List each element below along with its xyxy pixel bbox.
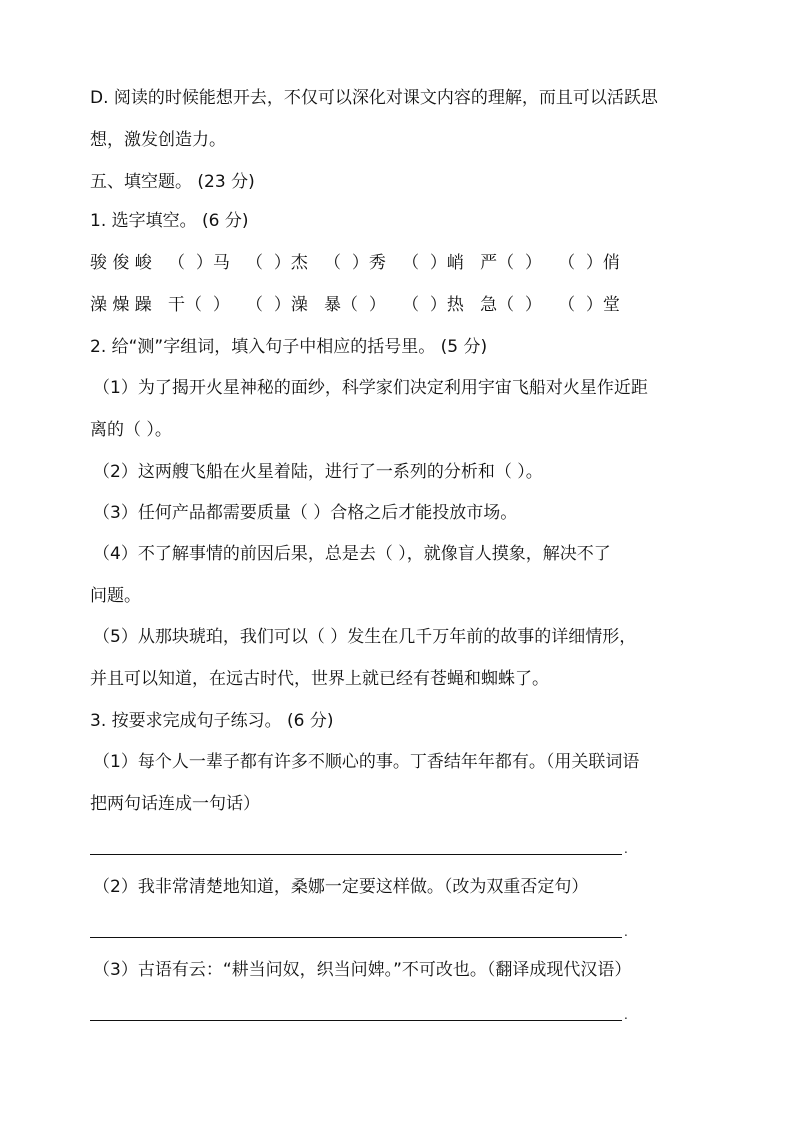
q2-title: 2. 给“测”字组词，填入句子中相应的括号里。 (5 分) — [90, 336, 487, 358]
q1-choice-row-1: 骏 俊 峻 （ ）马 （ ）杰 （ ）秀 （ ）峭 严（ ） （ ）俏 — [90, 252, 620, 274]
q2-item-4-line-1: （4）不了解事情的前因后果，总是去（ ），就像盲人摸象，解决不了 — [93, 543, 611, 565]
section-5-title: 五、填空题。 (23 分) — [90, 171, 255, 193]
q3-item-1-line-2: 把两句话连成一句话） — [90, 793, 260, 815]
q2-item-3: （3）任何产品都需要质量（ ）合格之后才能投放市场。 — [93, 502, 517, 524]
q3-item-3-answer-dot: . — [624, 1009, 628, 1021]
q2-item-4-line-2: 问题。 — [90, 585, 141, 607]
q3-item-3-answer-line[interactable] — [90, 1020, 622, 1021]
q3-item-1-answer-dot: . — [624, 843, 628, 855]
q3-item-2-answer-line[interactable] — [90, 937, 622, 938]
q1-choice-row-2: 澡 燥 躁 干（ ） （ ）澡 暴（ ） （ ）热 急（ ） （ ）堂 — [90, 294, 620, 316]
q3-title: 3. 按要求完成句子练习。 (6 分) — [90, 710, 334, 732]
q2-item-1-line-2: 离的（ ）。 — [90, 419, 172, 441]
q3-item-3: （3）古语有云：“耕当问奴，织当问婢。”不可改也。（翻译成现代汉语） — [93, 959, 631, 981]
q2-item-5-line-2: 并且可以知道，在远古时代，世界上就已经有苍蝇和蜘蛛了。 — [90, 668, 549, 690]
q3-item-2-answer-dot: . — [624, 926, 628, 938]
q3-item-1-line-1: （1）每个人一辈子都有许多不顺心的事。丁香结年年都有。（用关联词语 — [93, 751, 639, 773]
q2-item-2: （2）这两艘飞船在火星着陆，进行了一系列的分析和（ ）。 — [93, 461, 543, 483]
option-d-line-2: 想，激发创造力。 — [90, 129, 226, 151]
q3-item-2: （2）我非常清楚地知道，桑娜一定要这样做。（改为双重否定句） — [93, 876, 588, 898]
q2-item-5-line-1: （5）从那块琥珀，我们可以（ ）发生在几千万年前的故事的详细情形， — [93, 626, 636, 648]
q2-item-1-line-1: （1）为了揭开火星神秘的面纱，科学家们决定利用宇宙飞船对火星作近距 — [93, 377, 648, 399]
option-d-line-1: D. 阅读的时候能想开去，不仅可以深化对课文内容的理解，而且可以活跃思 — [90, 87, 658, 109]
q3-item-1-answer-line[interactable] — [90, 854, 622, 855]
q1-title: 1. 选字填空。 (6 分) — [90, 210, 249, 232]
